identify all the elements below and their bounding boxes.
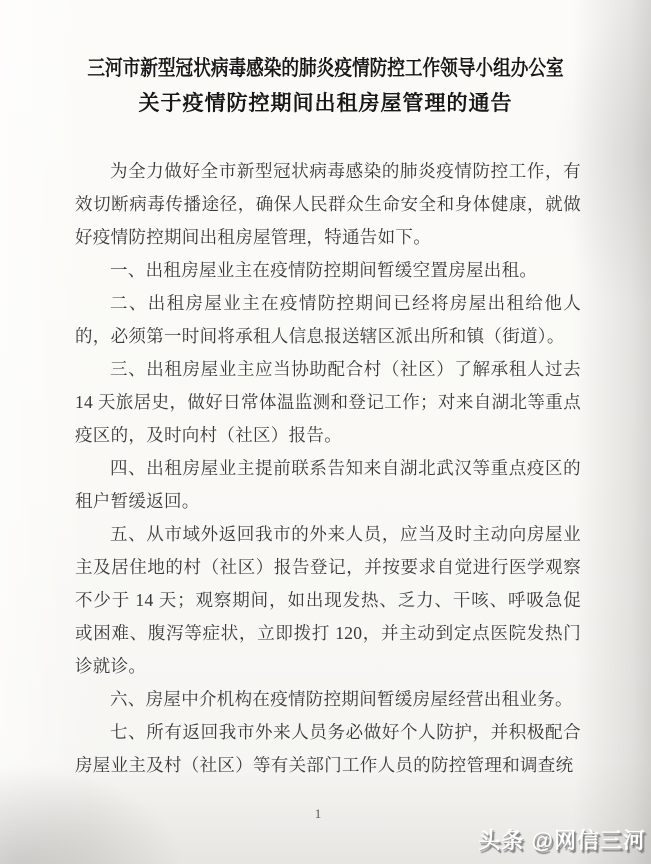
paragraph-item-2: 二、出租房屋业主在疫情防控期间已经将房屋出租给他人的，必须第一时间将承租人信息报…: [75, 287, 581, 353]
paragraph-item-7: 七、所有返回我市外来人员务必做好个人防护，并积极配合房屋业主及村（社区）等有关部…: [75, 716, 581, 782]
title-line-1: 三河市新型冠状病毒感染的肺炎疫情防控工作领导小组办公室: [52, 52, 599, 85]
title-line-2: 关于疫情防控期间出租房屋管理的通告: [0, 85, 651, 121]
document-page: 三河市新型冠状病毒感染的肺炎疫情防控工作领导小组办公室 关于疫情防控期间出租房屋…: [0, 0, 651, 864]
document-title: 三河市新型冠状病毒感染的肺炎疫情防控工作领导小组办公室 关于疫情防控期间出租房屋…: [0, 52, 651, 121]
paragraph-item-3: 三、出租房屋业主应当协助配合村（社区）了解承租人过去 14 天旅居史，做好日常体…: [75, 353, 581, 452]
page-number: 1: [0, 806, 636, 822]
document-body: 为全力做好全市新型冠状病毒感染的肺炎疫情防控工作，有效切断病毒传播途径，确保人民…: [75, 155, 581, 782]
paragraph-item-5: 五、从市域外返回我市的外来人员，应当及时主动向房屋业主及居住地的村（社区）报告登…: [75, 518, 581, 683]
paragraph-item-6: 六、房屋中介机构在疫情防控期间暂缓房屋经营出租业务。: [75, 683, 581, 716]
paragraph-intro: 为全力做好全市新型冠状病毒感染的肺炎疫情防控工作，有效切断病毒传播途径，确保人民…: [75, 155, 581, 254]
paragraph-item-1: 一、出租房屋业主在疫情防控期间暂缓空置房屋出租。: [75, 254, 581, 287]
toutiao-watermark: 头条 @网信三河: [478, 824, 646, 855]
paragraph-item-4: 四、出租房屋业主提前联系告知来自湖北武汉等重点疫区的租户暂缓返回。: [75, 452, 581, 518]
